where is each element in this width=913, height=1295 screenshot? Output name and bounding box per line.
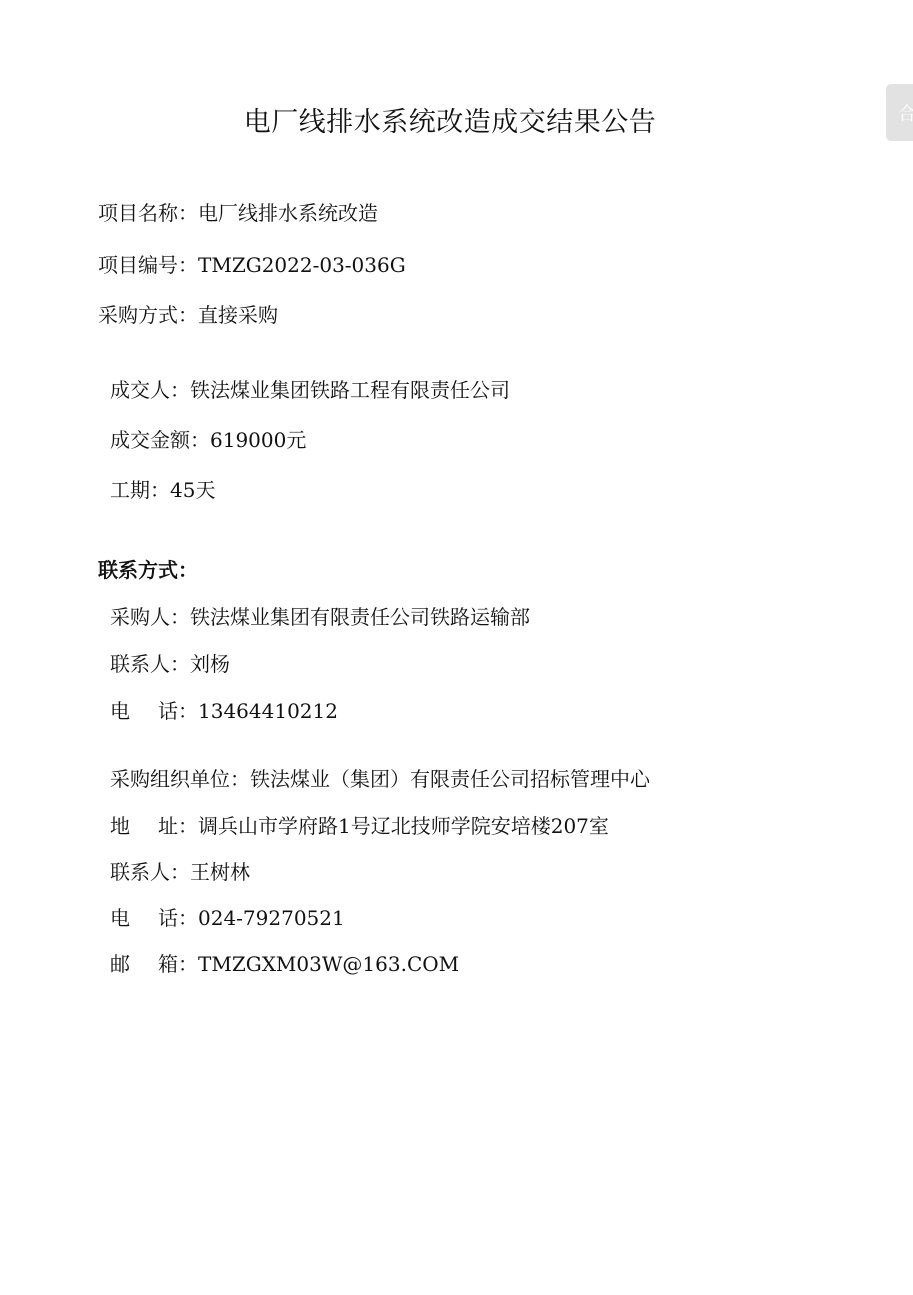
procurement-method-value: 直接采购 — [198, 303, 278, 327]
agency-address-label-1: 地 — [110, 814, 130, 838]
agency-contact-row: 联系人：王树林 — [110, 858, 250, 886]
agency-row: 采购组织单位：铁法煤业（集团）有限责任公司招标管理中心 — [110, 765, 650, 793]
agency-contact-label: 联系人： — [110, 860, 190, 884]
purchaser-phone-label-2: 话： — [158, 699, 198, 723]
purchaser-contact-label: 联系人： — [110, 652, 190, 676]
amount-row: 成交金额：619000元 — [110, 426, 306, 454]
agency-email-value: TMZGXM03W@163.COM — [198, 952, 459, 976]
side-tab-label: 合 — [898, 100, 913, 126]
agency-email-label-2: 箱： — [158, 952, 198, 976]
project-name-value: 电厂线排水系统改造 — [198, 201, 378, 225]
project-name-row: 项目名称：电厂线排水系统改造 — [98, 199, 378, 227]
amount-value: 619000元 — [210, 428, 306, 452]
procurement-method-row: 采购方式：直接采购 — [98, 301, 278, 329]
winner-label: 成交人： — [110, 378, 190, 402]
duration-value: 45天 — [170, 478, 215, 502]
duration-label: 工期： — [110, 478, 170, 502]
side-tab-button[interactable]: 合 — [886, 84, 913, 141]
purchaser-contact-row: 联系人：刘杨 — [110, 650, 230, 678]
agency-contact-value: 王树林 — [190, 860, 250, 884]
winner-value: 铁法煤业集团铁路工程有限责任公司 — [190, 378, 510, 402]
agency-phone-label-1: 电 — [110, 906, 130, 930]
amount-label: 成交金额： — [110, 428, 210, 452]
purchaser-value: 铁法煤业集团有限责任公司铁路运输部 — [190, 605, 530, 629]
purchaser-contact-value: 刘杨 — [190, 652, 230, 676]
agency-phone-value: 024-79270521 — [198, 906, 345, 930]
agency-phone-label-2: 话： — [158, 906, 198, 930]
agency-phone-row: 电话：024-79270521 — [110, 904, 345, 932]
purchaser-label: 采购人： — [110, 605, 190, 629]
agency-address-label-2: 址： — [158, 814, 198, 838]
agency-email-label-1: 邮 — [110, 952, 130, 976]
winner-row: 成交人：铁法煤业集团铁路工程有限责任公司 — [110, 376, 510, 404]
project-number-label: 项目编号： — [98, 253, 198, 277]
project-number-value: TMZG2022-03-036G — [198, 253, 406, 277]
page-title: 电厂线排水系统改造成交结果公告 — [0, 100, 900, 139]
agency-email-row: 邮箱：TMZGXM03W@163.COM — [110, 950, 459, 978]
contact-heading: 联系方式： — [98, 556, 198, 584]
agency-value: 铁法煤业（集团）有限责任公司招标管理中心 — [250, 767, 650, 791]
purchaser-phone-label-1: 电 — [110, 699, 130, 723]
project-number-row: 项目编号：TMZG2022-03-036G — [98, 251, 406, 279]
project-name-label: 项目名称： — [98, 201, 198, 225]
agency-label: 采购组织单位： — [110, 767, 250, 791]
agency-address-value: 调兵山市学府路1号辽北技师学院安培楼207室 — [198, 814, 609, 838]
purchaser-phone-row: 电话：13464410212 — [110, 697, 338, 725]
duration-row: 工期：45天 — [110, 476, 215, 504]
purchaser-phone-value: 13464410212 — [198, 699, 338, 723]
purchaser-row: 采购人：铁法煤业集团有限责任公司铁路运输部 — [110, 603, 530, 631]
procurement-method-label: 采购方式： — [98, 303, 198, 327]
agency-address-row: 地址：调兵山市学府路1号辽北技师学院安培楼207室 — [110, 812, 609, 840]
